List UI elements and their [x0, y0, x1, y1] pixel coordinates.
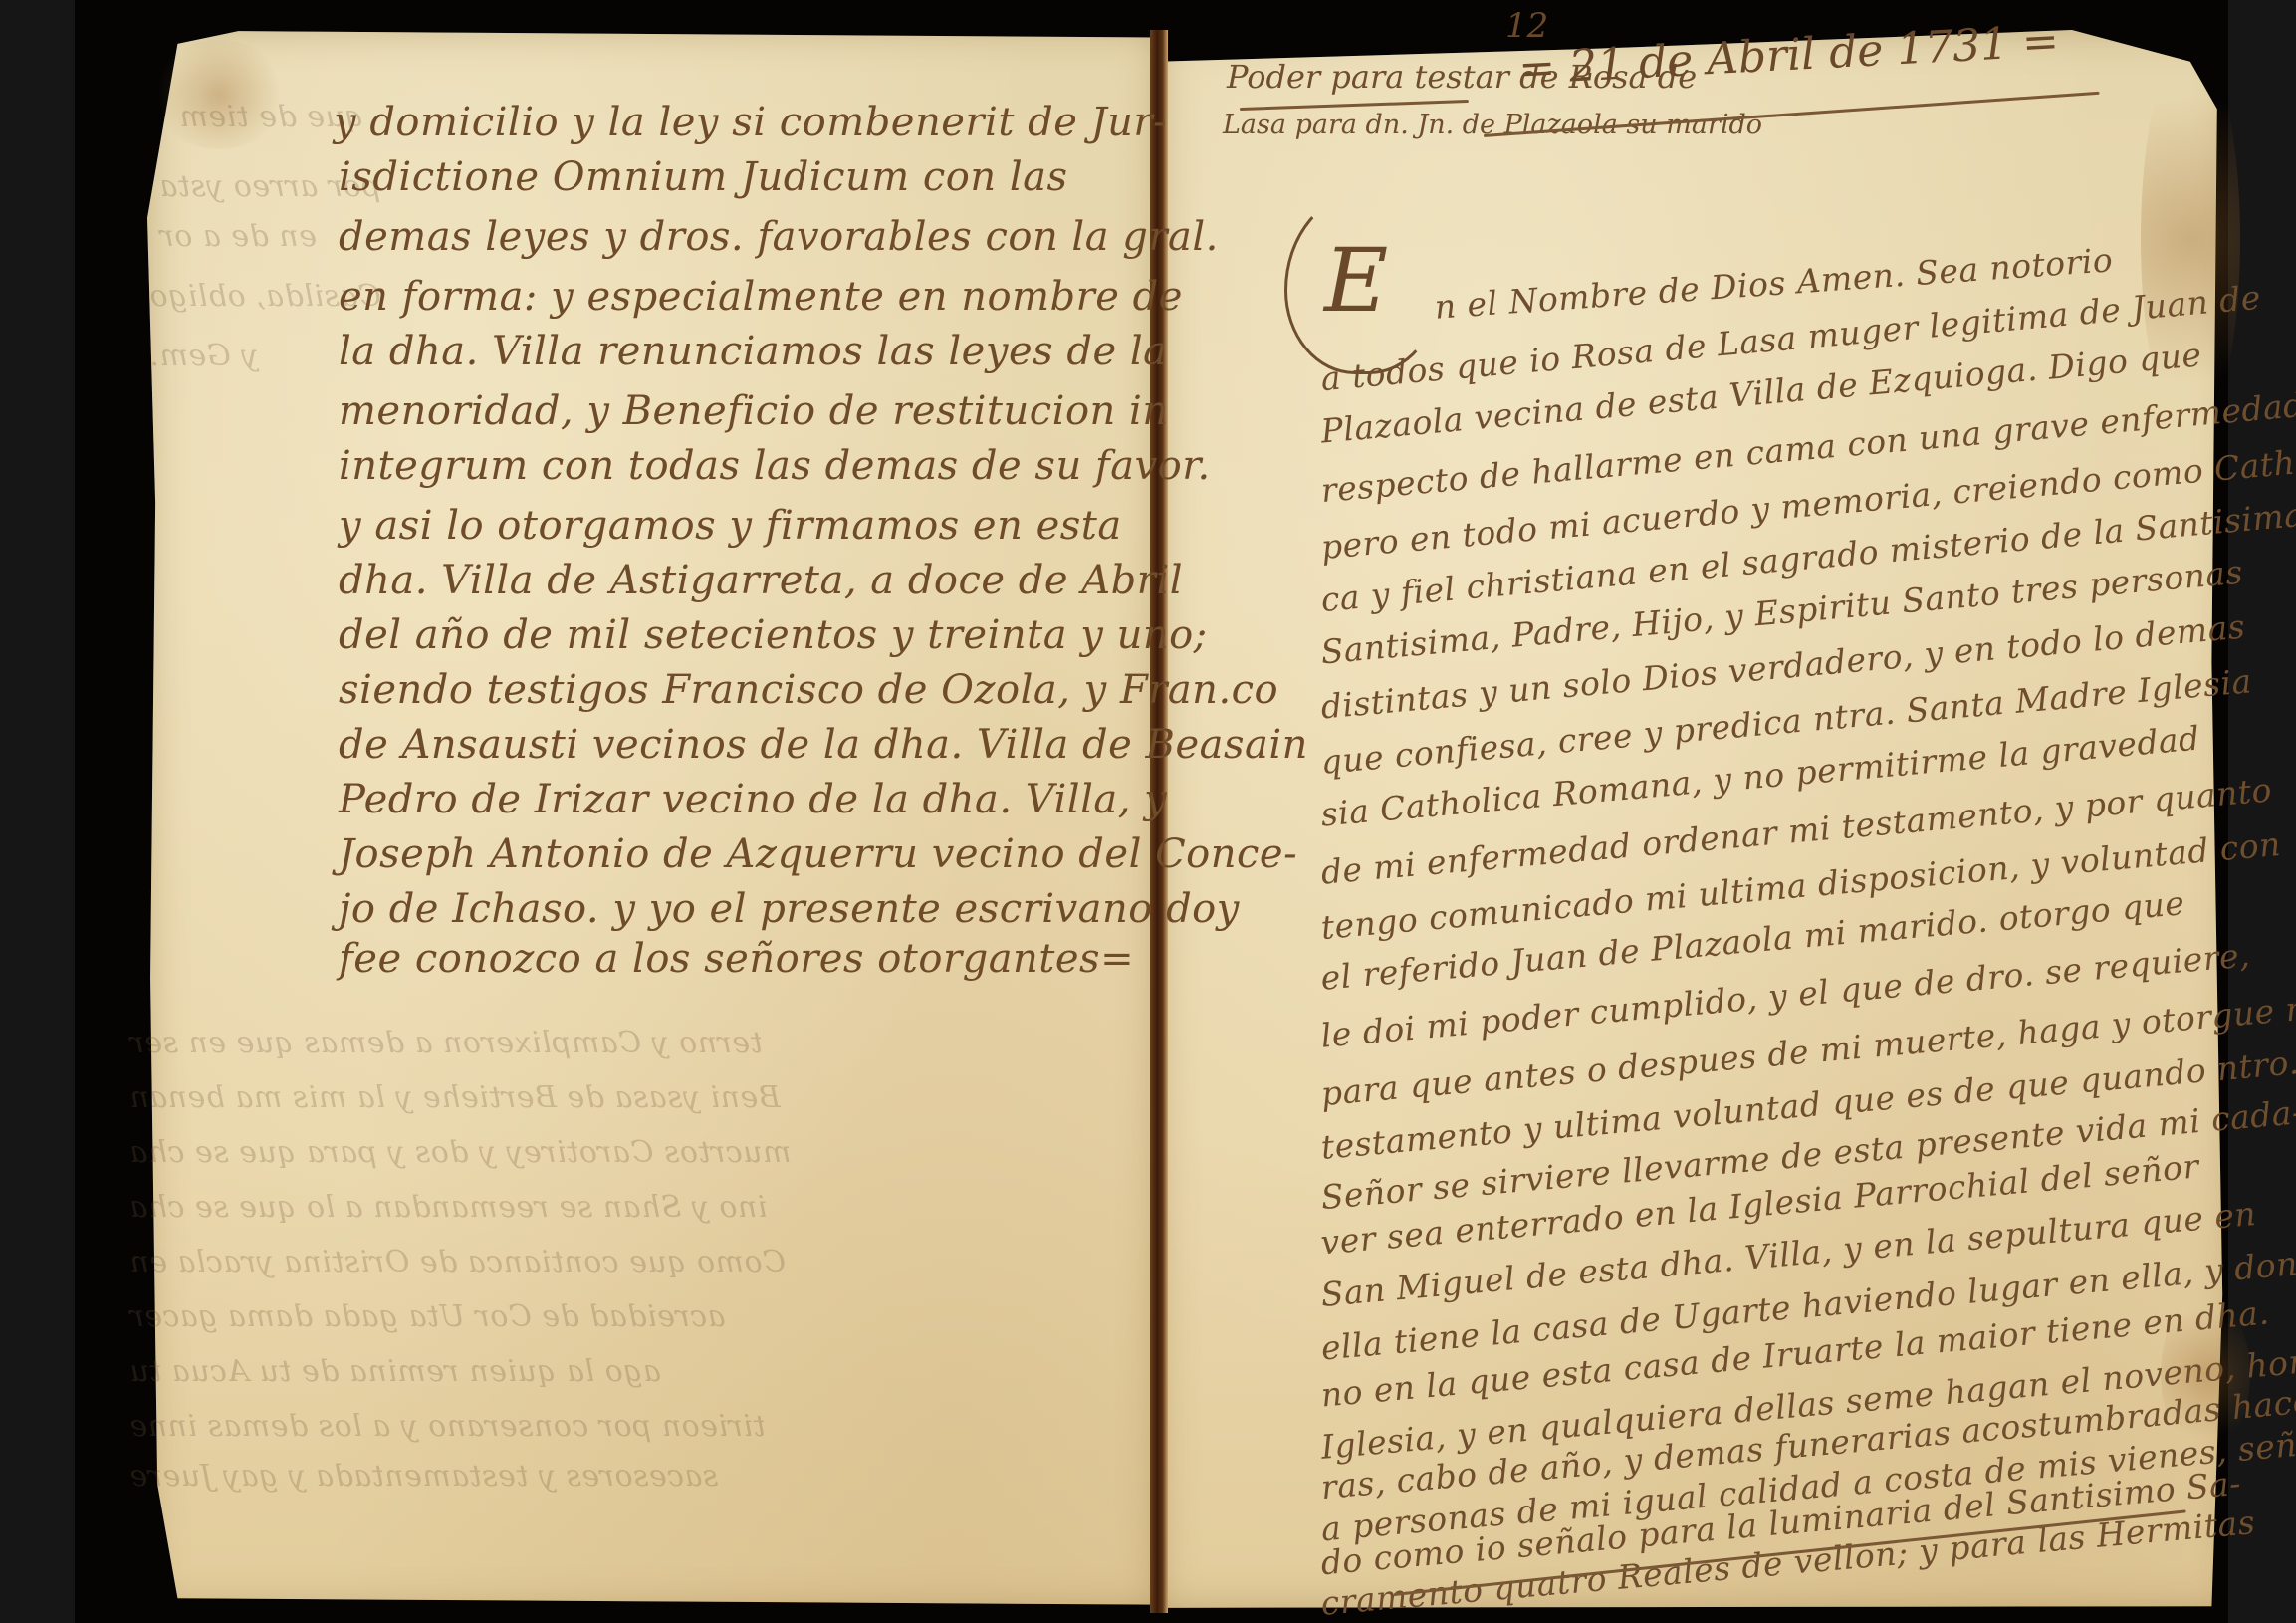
text-line: menoridad, y Beneficio de restitucion in	[339, 388, 1169, 434]
folio-number: 12	[1505, 6, 1548, 46]
scanner-backdrop-left	[0, 0, 75, 1623]
text-line: y asi lo otorgamos y firmamos en esta	[339, 503, 1122, 549]
decorative-initial: E	[1324, 229, 1388, 332]
bleed-line: Como que contianca de Oristina yracla en	[129, 1245, 786, 1279]
text-line: Joseph Antonio de Azquerru vecino del Co…	[339, 831, 1297, 877]
text-line: de Ansausti vecinos de la dha. Villa de …	[339, 722, 1308, 768]
text-line: integrum con todas las demas de su favor…	[339, 443, 1211, 489]
bleed-line: ago la quien remina de tu Acua tu	[129, 1354, 661, 1389]
bleed-line: mucrtos Carotirey y dos y para que se ch…	[129, 1135, 791, 1170]
bleed-line: Beni ysasa de Bertiehe y la mis ma benan	[129, 1080, 781, 1115]
text-line: la dha. Villa renunciamos las leyes de l…	[339, 329, 1168, 374]
text-line: del año de mil setecientos y treinta y u…	[339, 612, 1208, 658]
text-line: fee conozco a los señores otorgantes=	[339, 936, 1134, 982]
bleed-line: en de a or	[159, 219, 317, 254]
bleed-line: tirieon por conserano y a los demas inne	[129, 1409, 766, 1444]
bleed-line: ino y Shan se reemandan a lo que se cha	[129, 1190, 767, 1225]
stain	[2141, 40, 2240, 438]
text-line: demas leyes y dros. favorables con la gr…	[339, 214, 1219, 260]
text-line: Pedro de Irizar vecino de la dha. Villa,…	[339, 777, 1167, 822]
text-line: en forma: y especialmente en nombre de	[339, 274, 1183, 320]
bleed-line: terno y Camplixeron a demas que en ser	[129, 1026, 763, 1060]
bleed-line: y Gem.	[149, 339, 258, 373]
text-line: isdictione Omnium Judicum con las	[339, 154, 1068, 200]
bleed-line: sacesores y testamentada y gay Juere	[129, 1459, 718, 1494]
text-line: jo de Ichaso. y yo el presente escrivano…	[339, 886, 1240, 932]
text-line: y domicilio y la ley si combenerit de Ju…	[334, 100, 1167, 145]
bleed-line: acreidad de Cor Uta gada dama gacer	[129, 1299, 726, 1334]
text-line: siendo testigos Francisco de Ozola, y Fr…	[339, 667, 1278, 713]
text-line: dha. Villa de Astigarreta, a doce de Abr…	[339, 558, 1183, 603]
